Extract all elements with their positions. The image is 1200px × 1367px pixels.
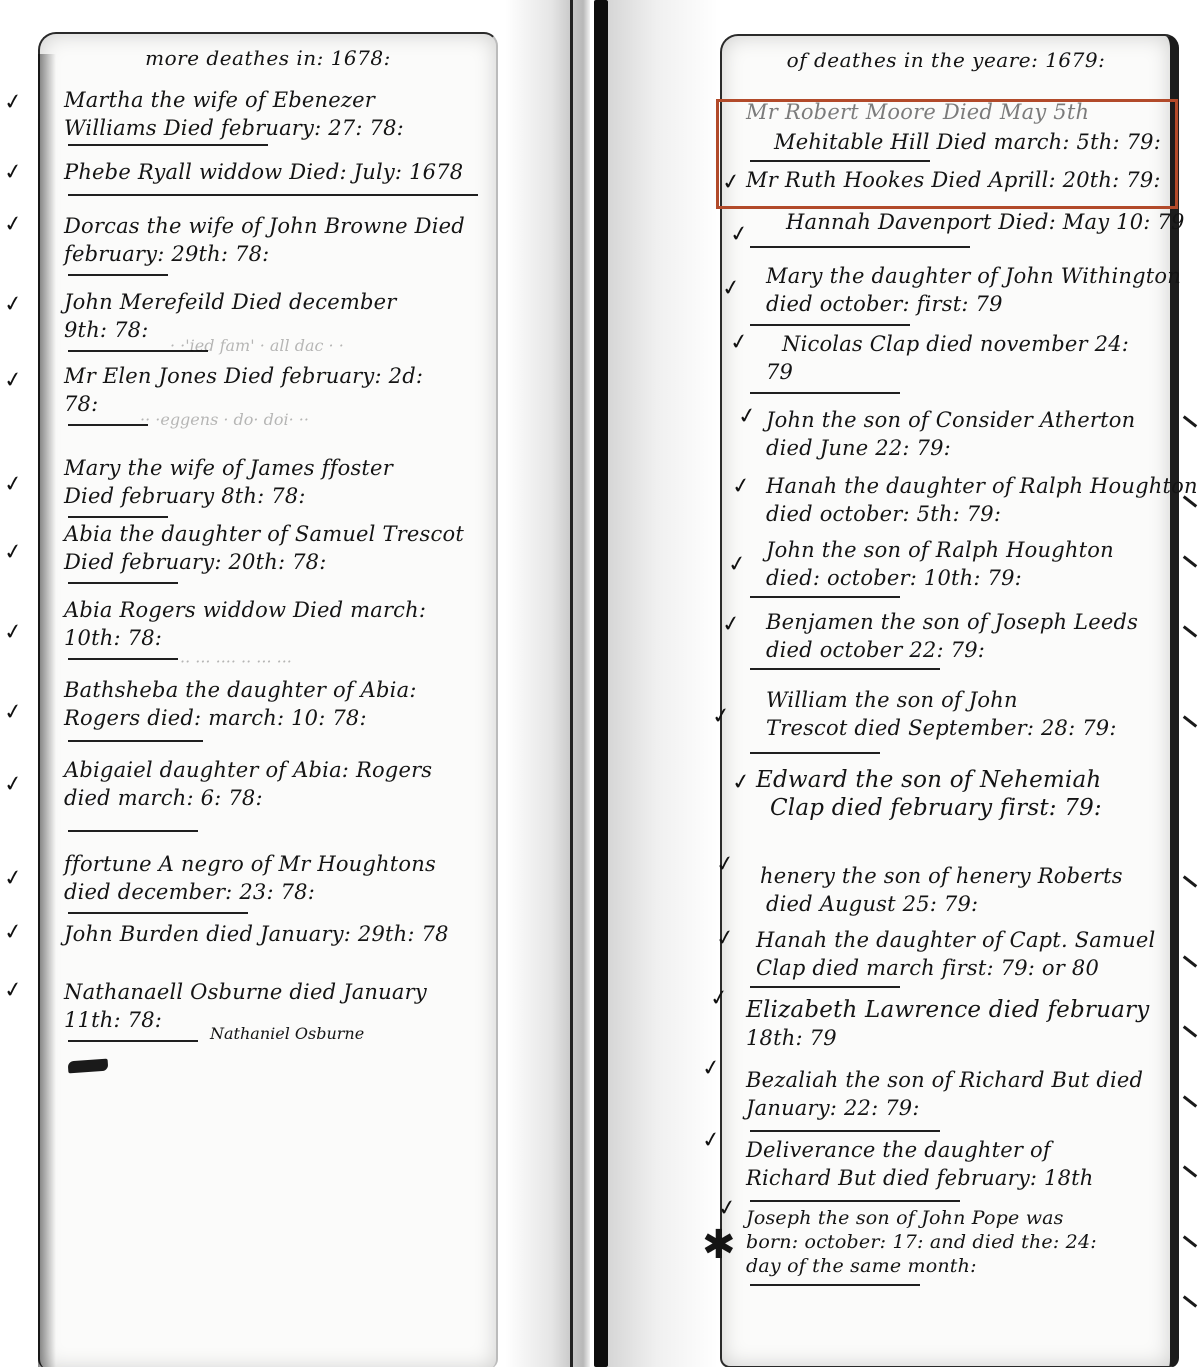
register-entry: Deliverance the daughter of Richard But …: [746, 1136, 1152, 1192]
manuscript-scan: more deathes in: 1678: Martha the wife o…: [0, 0, 1200, 1367]
bleed-through-text: ·· ·eggens · do· doi· ··: [140, 410, 309, 429]
check-icon: ✓: [720, 611, 742, 638]
check-icon: ✓: [726, 551, 748, 578]
check-icon: ✓: [700, 1055, 722, 1082]
entry-divider: [68, 582, 178, 584]
bleed-through-text: ·· ··· ···· ·· ··· ···: [180, 652, 292, 671]
register-entry: Edward the son of Nehemiah Clap died feb…: [746, 766, 1152, 822]
check-icon: ✓: [730, 769, 752, 796]
tick-mark: [1183, 875, 1197, 887]
entry-divider: [750, 160, 930, 162]
check-icon: ✓: [700, 1127, 722, 1154]
asterisk-mark-icon: ✱: [702, 1222, 736, 1268]
check-icon: ✓: [720, 169, 742, 196]
tick-mark: [1183, 1025, 1197, 1037]
tick-mark: [1183, 955, 1197, 967]
entry-divider: [68, 912, 248, 914]
check-icon: ✓: [716, 1195, 738, 1222]
entry-divider: [68, 274, 168, 276]
entry-divider: [750, 246, 970, 248]
tick-mark: [1183, 1295, 1197, 1307]
check-icon: ✓: [2, 699, 24, 726]
check-icon: ✓: [2, 89, 24, 116]
entry-divider: [750, 1130, 940, 1132]
check-icon: ✓: [708, 985, 730, 1012]
check-icon: ✓: [714, 851, 736, 878]
register-entry: Hannah Davenport Died: May 10: 79: [746, 208, 1152, 236]
check-icon: ✓: [728, 329, 750, 356]
gutter-shadow-right: [608, 0, 718, 1367]
entry-divider: [68, 740, 203, 742]
register-entry: Mr Ruth Hookes Died Aprill: 20th: 79:: [746, 166, 1152, 194]
check-icon: ✓: [2, 211, 24, 238]
register-entry: ffortune A negro of Mr Houghtons died de…: [64, 850, 478, 906]
binding-edge-thin: [570, 0, 573, 1367]
tick-mark: [1183, 1095, 1197, 1107]
right-page: of deathes in the yeare: 1679: Mr Robert…: [720, 34, 1179, 1367]
register-entry: Martha the wife of Ebenezer Williams Die…: [64, 86, 478, 142]
register-entry: Abigaiel daughter of Abia: Rogers died m…: [64, 756, 478, 812]
entry-divider: [750, 986, 900, 988]
register-entry: John the son of Consider Atherton died J…: [746, 406, 1152, 462]
check-icon: ✓: [2, 619, 24, 646]
right-page-heading: of deathes in the yeare: 1679:: [722, 48, 1170, 72]
tick-mark: [1183, 1165, 1197, 1177]
check-icon: ✓: [710, 703, 732, 730]
check-icon: ✓: [2, 919, 24, 946]
entry-divider: [68, 658, 178, 660]
register-entry: Mary the wife of James ffoster Died febr…: [64, 454, 478, 510]
check-icon: ✓: [2, 865, 24, 892]
check-icon: ✓: [2, 291, 24, 318]
register-entry: Abia the daughter of Samuel Trescot Died…: [64, 520, 478, 576]
check-icon: ✓: [2, 367, 24, 394]
register-entry: Hanah the daughter of Ralph Houghton die…: [746, 472, 1152, 528]
check-icon: ✓: [2, 471, 24, 498]
register-entry: Mehitable Hill Died march: 5th: 79:: [746, 128, 1152, 156]
check-icon: ✓: [2, 539, 24, 566]
left-page: more deathes in: 1678: Martha the wife o…: [38, 32, 498, 1367]
entry-divider: [750, 324, 910, 326]
register-entry: Bathsheba the daughter of Abia: Rogers d…: [64, 676, 478, 732]
entry-divider: [750, 1284, 920, 1286]
entry-divider: [750, 752, 880, 754]
register-entry-struck: Mr Robert Moore Died May 5th: [746, 98, 1152, 126]
check-icon: ✓: [2, 977, 24, 1004]
check-icon: ✓: [714, 925, 736, 952]
register-entry: Joseph the son of John Pope was born: oc…: [746, 1206, 1152, 1278]
register-entry: Abia Rogers widdow Died march: 10th: 78:: [64, 596, 478, 652]
register-entry: John Burden died January: 29th: 78: [64, 920, 478, 948]
entry-divider: [750, 392, 900, 394]
check-icon: ✓: [736, 403, 758, 430]
register-entry: John the son of Ralph Houghton died: oct…: [746, 536, 1152, 592]
entry-divider: [750, 596, 900, 598]
register-entry: Dorcas the wife of John Browne Died febr…: [64, 212, 478, 268]
register-entry: Hanah the daughter of Capt. Samuel Clap …: [746, 926, 1152, 982]
register-entry: William the son of John Trescot died Sep…: [746, 686, 1152, 742]
entry-divider: [68, 830, 198, 832]
entry-divider: [68, 424, 148, 426]
register-entry: Benjamen the son of Joseph Leeds died oc…: [746, 608, 1152, 664]
entry-divider: [750, 1200, 960, 1202]
check-icon: ✓: [728, 221, 750, 248]
tick-mark: [1183, 555, 1197, 567]
check-icon: ✓: [720, 275, 742, 302]
tick-mark: [1183, 625, 1197, 637]
register-entry: henery the son of henery Roberts died Au…: [746, 862, 1152, 918]
check-icon: ✓: [730, 473, 752, 500]
gutter-shadow-left: [505, 0, 590, 1367]
tick-mark: [1183, 415, 1197, 427]
entry-divider: [68, 194, 478, 196]
register-entry: Bezaliah the son of Richard But died Jan…: [746, 1066, 1152, 1122]
check-icon: ✓: [2, 159, 24, 186]
signature: Nathaniel Osburne: [210, 1024, 364, 1043]
check-icon: ✓: [2, 771, 24, 798]
entry-divider: [68, 1040, 198, 1042]
tick-mark: [1183, 1235, 1197, 1247]
entry-divider: [68, 516, 168, 518]
entry-divider: [750, 668, 940, 670]
entry-divider: [68, 144, 268, 146]
binding-spine: [594, 0, 608, 1367]
register-entry: Nicolas Clap died november 24: 79: [746, 330, 1152, 386]
register-entry: Elizabeth Lawrence died february 18th: 7…: [746, 996, 1152, 1052]
bleed-through-text: · ·'ied fam' · all dac · ·: [170, 336, 344, 355]
tick-mark: [1183, 715, 1197, 727]
left-page-heading: more deathes in: 1678:: [40, 46, 496, 70]
register-entry: Phebe Ryall widdow Died: July: 1678: [64, 158, 478, 186]
register-entry: Mary the daughter of John Withington die…: [746, 262, 1152, 318]
